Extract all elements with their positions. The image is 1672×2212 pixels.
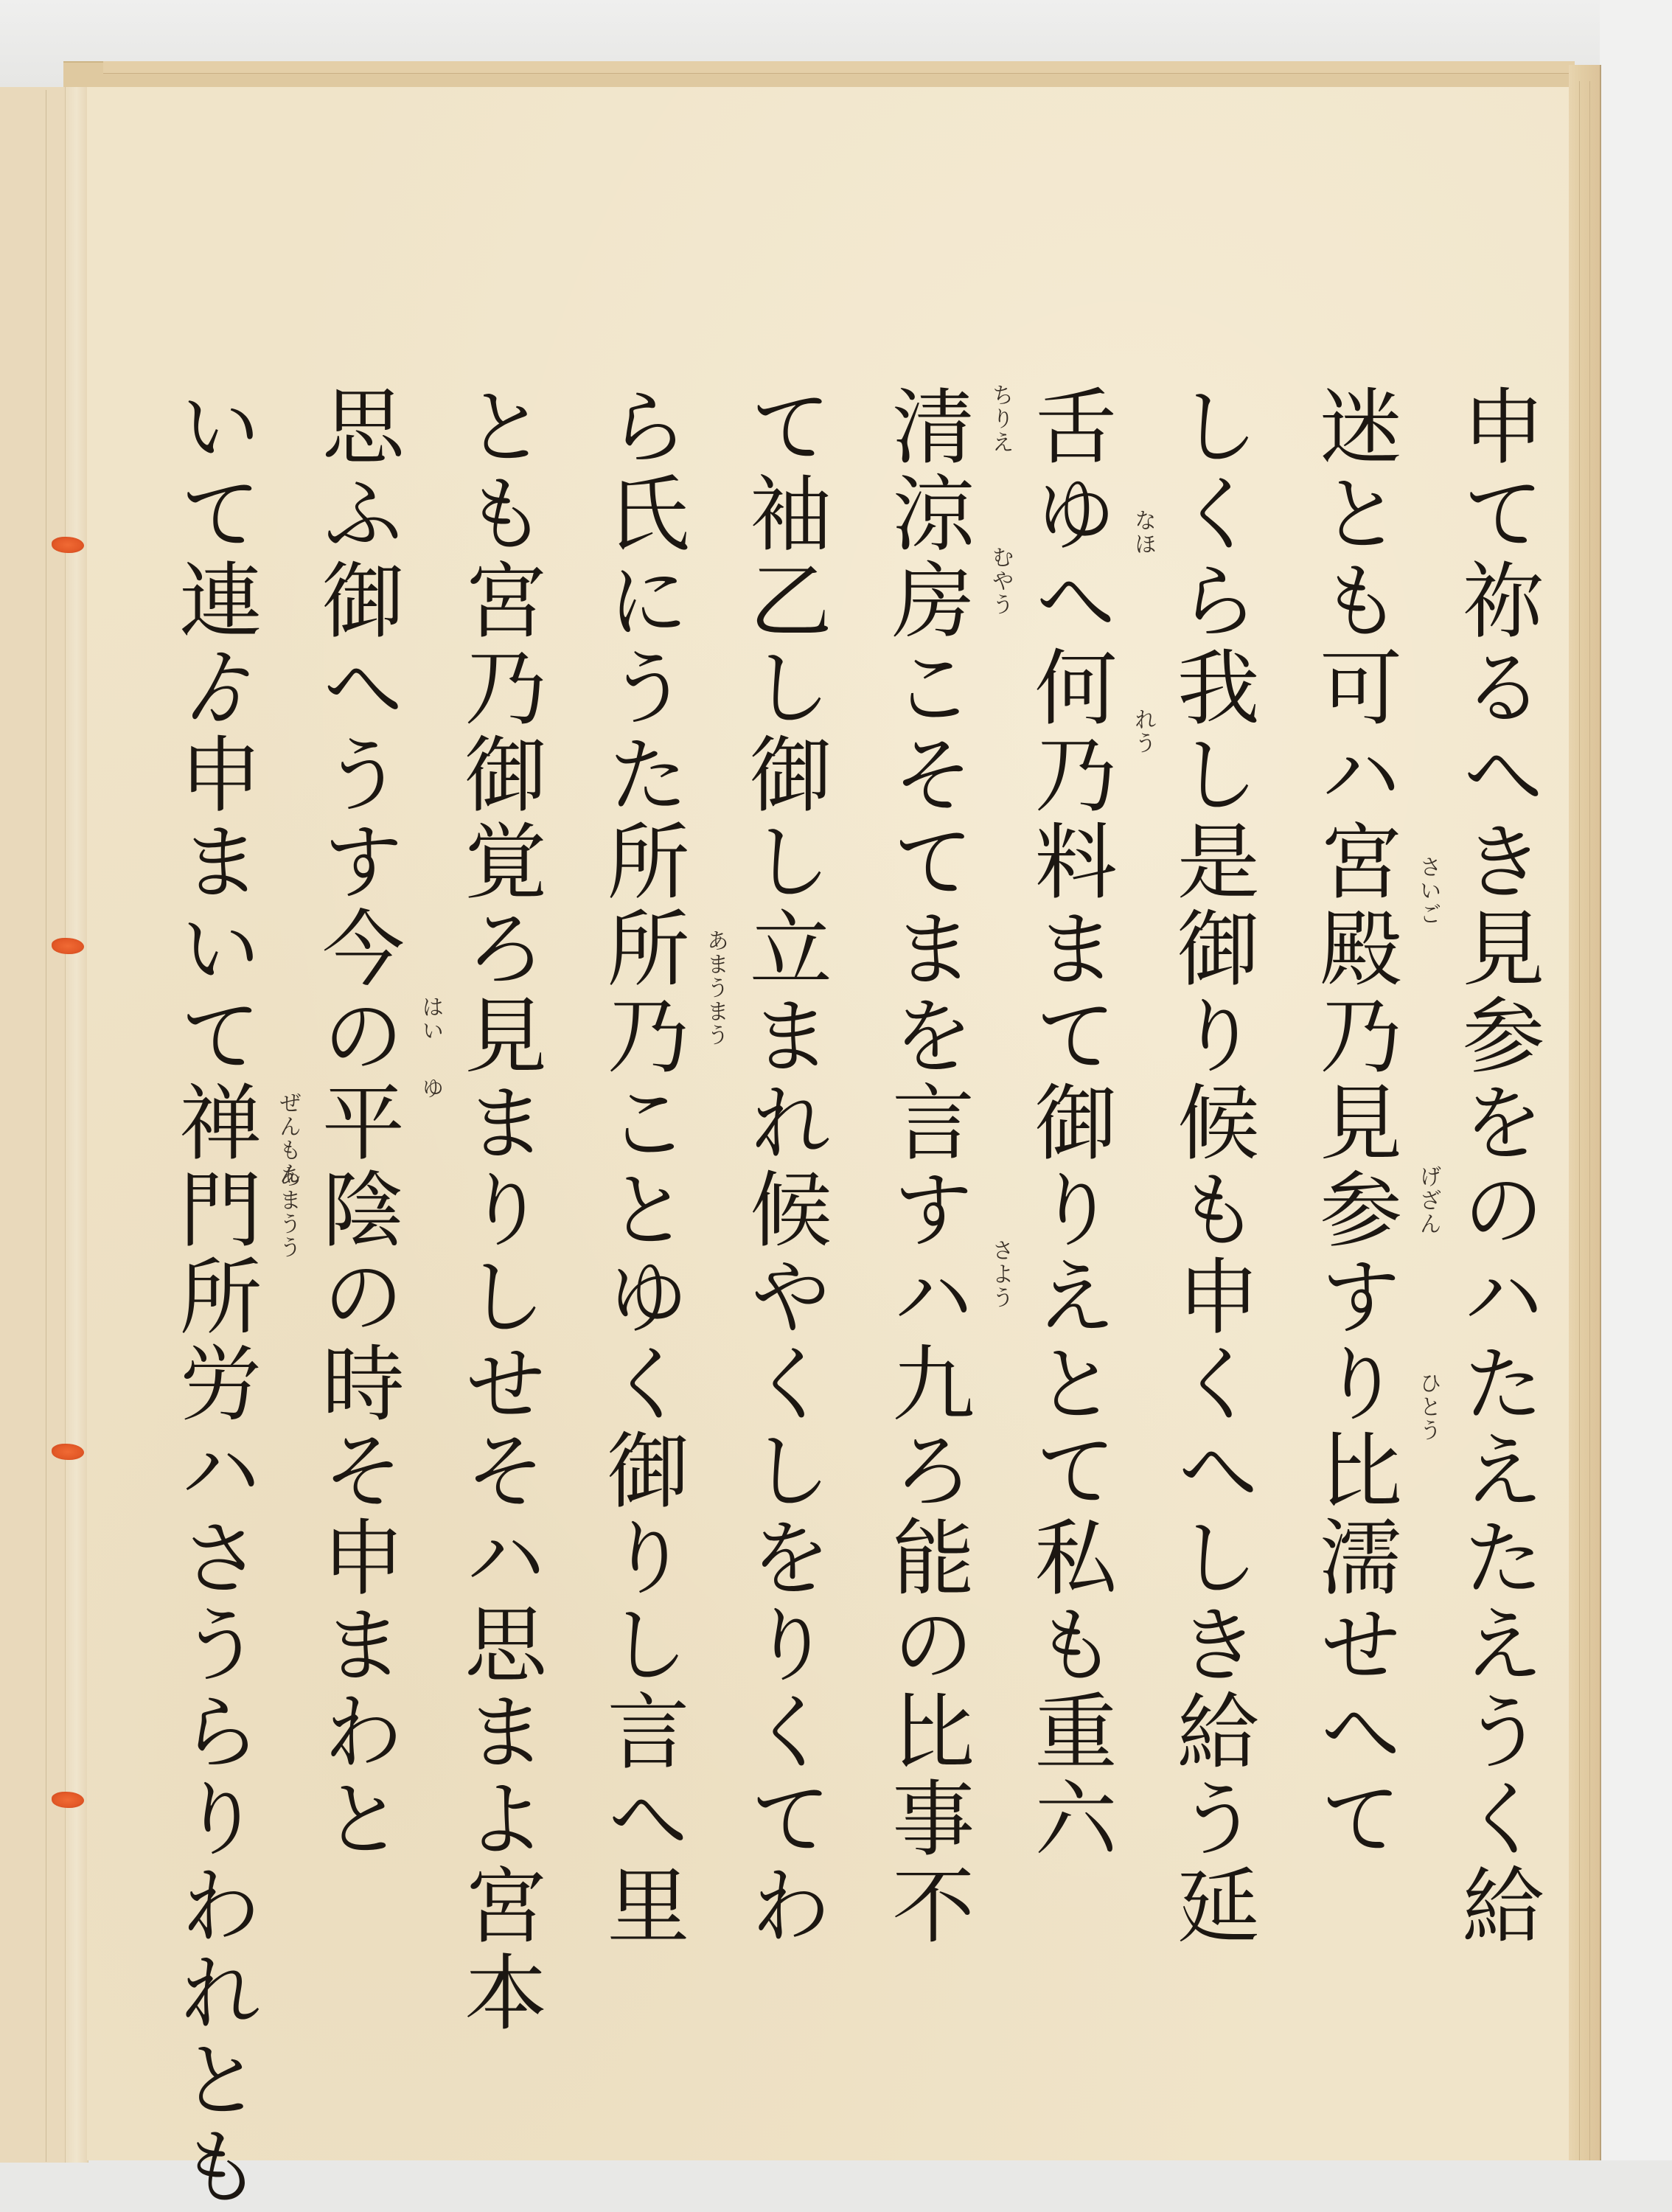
- furigana: あまうう: [243, 1165, 332, 1259]
- furigana: なほ: [1098, 509, 1187, 556]
- text-column-10: いて連ゟ申まいて禅門所労ハさうらりわれとも ぜんもん あまうう: [170, 383, 258, 2050]
- page-fore-edge: [1569, 65, 1601, 2160]
- binding-thread-knot-1: [52, 537, 84, 553]
- text-column-2: 迷とも可ハ宮殿乃見参すり比濡せへて さいご げざん ひとう: [1310, 383, 1398, 2050]
- column-text: 清涼房こそてまを言すハ九ろ能の比事不: [879, 383, 975, 1950]
- binding-spine: [65, 87, 88, 2163]
- furigana: げざん: [1384, 1165, 1472, 1236]
- page-edge-line: [1589, 81, 1590, 2160]
- furigana: むやう: [956, 546, 1045, 616]
- back-page-stack-top: [103, 61, 1575, 74]
- furigana: れう: [1098, 708, 1187, 755]
- furigana: ゆ: [386, 1077, 474, 1100]
- column-text: しくら我し是御り候も申くへしき給う延: [1163, 383, 1259, 1950]
- text-column-3: しくら我し是御り候も申くへしき給う延: [1167, 383, 1255, 2050]
- text-column-8: とも宮乃御覚ろ見まりしせそハ思まよ宮本: [455, 383, 543, 2050]
- binding-thread-knot-4: [52, 1792, 84, 1808]
- text-column-7: ら氏にうた所所乃ことゆく御りし言へ里 あまうまう: [597, 383, 686, 2050]
- text-column-4: 舌ゆへ何乃料まて御りえとて私も重六 なほ れう: [1025, 383, 1113, 2050]
- column-text: て袖乙し御し立まれ候やくしをりくてわ: [736, 383, 832, 1950]
- binding-thread-knot-3: [52, 1444, 84, 1460]
- column-text: 迷とも可ハ宮殿乃見参すり比濡せへて: [1306, 383, 1402, 1863]
- spine-fold-line: [46, 90, 46, 2162]
- furigana: ちりえ: [956, 383, 1045, 454]
- furigana: はい: [386, 995, 474, 1043]
- furigana: あまうまう: [671, 929, 759, 1047]
- calligraphy-text-block: 申て祢るへき見参をのハたえたえうく給 迷とも可ハ宮殿乃見参すり比濡せへて さいご…: [170, 383, 1541, 2050]
- binding-thread-knot-2: [52, 938, 84, 954]
- column-text: とも宮乃御覚ろ見まりしせそハ思まよ宮本: [451, 383, 547, 2037]
- column-text: ら氏にうた所所乃ことゆく御りし言へ里: [593, 383, 689, 1950]
- furigana: ひとう: [1384, 1371, 1472, 1442]
- text-column-6: て袖乙し御し立まれ候やくしをりくてわ: [739, 383, 828, 2050]
- furigana: さよう: [956, 1239, 1045, 1310]
- furigana: さいご: [1384, 855, 1472, 926]
- page-edge-line: [1579, 81, 1580, 2160]
- text-column-5: 清涼房こそてまを言すハ九ろ能の比事不 ちりえ むやう さよう: [882, 383, 971, 2050]
- column-text: いて連ゟ申まいて禅門所労ハさうらりわれとも: [166, 383, 262, 2211]
- background-right: [1600, 0, 1672, 2212]
